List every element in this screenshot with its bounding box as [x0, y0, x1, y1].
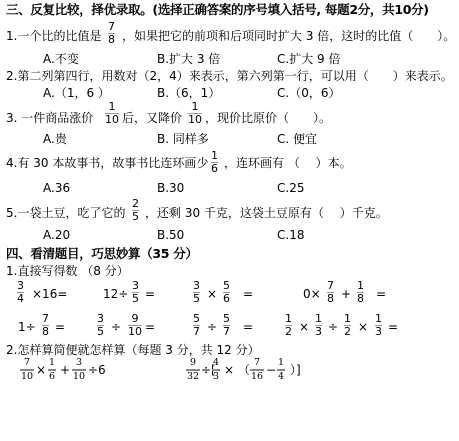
denominator: 4 — [16, 293, 25, 305]
numerator: 1 — [284, 313, 293, 325]
question-3-suffix: ，现价比原价（ ）。 — [205, 111, 331, 125]
expression-tail: ）] — [290, 363, 301, 377]
operator: × — [299, 320, 309, 334]
denominator: 3 — [314, 326, 323, 338]
equals-sign: = — [145, 287, 155, 301]
numerator: 9 — [131, 313, 140, 325]
expression-tail: ÷6 — [88, 363, 106, 377]
operator: ÷ — [111, 320, 121, 334]
question-1-suffix: ，如果把它的前项和后项同时扩大 3 倍，这时的比值（ ）。 — [122, 29, 455, 43]
part-1-title: 1.直接写得数 （8 分） — [6, 264, 129, 278]
denominator: 6 — [210, 163, 219, 175]
fraction: 7 8 — [326, 280, 335, 305]
operator: + — [60, 363, 70, 377]
numerator: 1 — [374, 313, 383, 325]
denominator: 6 — [48, 372, 56, 382]
expression-head: 12÷ — [103, 287, 128, 301]
fraction: 1 3 — [314, 313, 323, 338]
question-4-prefix: 4.有 30 本故事书，故事书比连环画少 — [6, 156, 208, 170]
fraction: 5 7 — [222, 313, 231, 338]
fraction: 5 7 — [192, 313, 201, 338]
question-1-prefix: 1.一个比的比值是 — [6, 29, 101, 43]
operator: × — [36, 363, 46, 377]
fraction: 1 2 — [284, 313, 293, 338]
numerator: 1 — [343, 313, 352, 325]
numerator: 1 — [277, 358, 285, 368]
option-a[interactable]: A.36 — [43, 181, 70, 195]
fraction: 1 10 — [187, 101, 203, 126]
denominator: 8 — [107, 34, 116, 46]
numerator: 4 — [212, 358, 220, 368]
denominator: 10 — [187, 114, 203, 126]
numerator: 7 — [326, 280, 335, 292]
numerator: 7 — [41, 313, 50, 325]
fraction: 7 10 — [20, 358, 34, 382]
denominator: 8 — [326, 293, 335, 305]
question-2-text: 2.第二列第四行，用数对（2，4）来表示，第六列第一行，可以用（ ）来表示。 — [6, 69, 453, 83]
option-c[interactable]: C.（0，6） — [277, 86, 340, 100]
fraction: 3 5 — [96, 313, 105, 338]
operator: + — [341, 287, 351, 301]
operator: × （ — [224, 363, 250, 377]
numerator: 7 — [253, 358, 261, 368]
denominator: 4 — [277, 372, 285, 382]
fraction: 7 8 — [107, 21, 116, 46]
fraction: 1 6 — [210, 150, 219, 175]
fraction: 7 8 — [41, 313, 50, 338]
operator: ÷ — [328, 320, 338, 334]
operator: ÷ — [207, 320, 217, 334]
option-b[interactable]: B.50 — [157, 228, 184, 242]
numerator: 5 — [222, 313, 231, 325]
equals-sign: = — [376, 287, 386, 301]
numerator: 1 — [108, 101, 117, 113]
option-b[interactable]: B.（6，1） — [157, 86, 220, 100]
section-3-title: 三、反复比较，择优录取。(选择正确答案的序号填入括号, 每题2分，共10分) — [6, 3, 429, 17]
part-2-title: 2.怎样算简便就怎样算（每题 3 分，共 12 分） — [6, 343, 260, 357]
question-5-suffix: ，还剩 30 千克，这袋土豆原有（ ）千克。 — [145, 206, 388, 220]
numerator: 3 — [96, 313, 105, 325]
denominator: 8 — [41, 326, 50, 338]
option-c[interactable]: C.25 — [277, 181, 304, 195]
option-a[interactable]: A.贵 — [43, 132, 67, 146]
fraction: 3 5 — [131, 280, 140, 305]
equals-sign: = — [243, 287, 253, 301]
numerator: 1 — [356, 280, 365, 292]
denominator: 6 — [222, 293, 231, 305]
option-a[interactable]: A.（1，6 ） — [43, 86, 110, 100]
fraction: 1 6 — [48, 358, 56, 382]
denominator: 2 — [343, 326, 352, 338]
fraction: 3 10 — [72, 358, 86, 382]
question-3-prefix: 3. 一件商品涨价 — [6, 111, 93, 125]
denominator: 5 — [192, 293, 201, 305]
numerator: 2 — [131, 198, 140, 210]
numerator: 1 — [314, 313, 323, 325]
question-5-prefix: 5.一袋土豆，吃了它的 — [6, 206, 125, 220]
expression-head: 1÷ — [18, 320, 36, 334]
operator: × — [358, 320, 368, 334]
denominator: 10 — [104, 114, 120, 126]
question-3-middle: 后，又降价 — [122, 111, 182, 125]
denominator: 16 — [250, 372, 264, 382]
fraction: 1 10 — [104, 101, 120, 126]
denominator: 7 — [192, 326, 201, 338]
denominator: 10 — [20, 372, 34, 382]
fraction: 2 5 — [131, 198, 140, 223]
denominator: 5 — [96, 326, 105, 338]
equals-sign: = — [55, 320, 65, 334]
fraction: 1 3 — [374, 313, 383, 338]
denominator: 2 — [284, 326, 293, 338]
question-4-suffix: ，连环画有 （ ）本。 — [224, 156, 352, 170]
numerator: 3 — [16, 280, 25, 292]
option-a[interactable]: A.20 — [43, 228, 70, 242]
fraction: 1 2 — [343, 313, 352, 338]
fraction: 9 32 — [186, 358, 200, 382]
expression-tail: ×16= — [32, 287, 67, 301]
operator: − — [266, 363, 276, 377]
fraction: 9 10 — [127, 313, 143, 338]
option-b[interactable]: B. 同样多 — [157, 132, 209, 146]
fraction: 3 4 — [16, 280, 25, 305]
denominator: 5 — [131, 211, 140, 223]
numerator: 7 — [23, 358, 31, 368]
option-c[interactable]: C.18 — [277, 228, 304, 242]
denominator: 3 — [212, 372, 220, 382]
option-c[interactable]: C. 便宜 — [277, 132, 317, 146]
numerator: 9 — [189, 358, 197, 368]
denominator: 32 — [186, 372, 200, 382]
equals-sign: = — [145, 320, 155, 334]
numerator: 1 — [210, 150, 219, 162]
section-4-title: 四、看清题目，巧思妙算（35 分） — [6, 247, 198, 261]
numerator: 7 — [107, 21, 116, 33]
equals-sign: = — [243, 320, 253, 334]
denominator: 10 — [127, 326, 143, 338]
option-a[interactable]: A.不变 — [43, 52, 79, 66]
fraction: 1 4 — [277, 358, 285, 382]
option-b[interactable]: B.扩大 3 倍 — [157, 52, 220, 66]
numerator: 1 — [48, 358, 56, 368]
numerator: 3 — [192, 280, 201, 292]
fraction: 5 6 — [222, 280, 231, 305]
numerator: 1 — [191, 101, 200, 113]
option-c[interactable]: C.扩大 9 倍 — [277, 52, 340, 66]
denominator: 5 — [131, 293, 140, 305]
denominator: 3 — [374, 326, 383, 338]
numerator: 5 — [222, 280, 231, 292]
numerator: 3 — [131, 280, 140, 292]
numerator: 3 — [75, 358, 83, 368]
expression-head: 0× — [303, 287, 321, 301]
equals-sign: = — [388, 320, 398, 334]
denominator: 7 — [222, 326, 231, 338]
fraction: 7 16 — [250, 358, 264, 382]
denominator: 8 — [356, 293, 365, 305]
option-b[interactable]: B.30 — [157, 181, 184, 195]
fraction: 4 3 — [212, 358, 220, 382]
operator: × — [207, 287, 217, 301]
numerator: 5 — [192, 313, 201, 325]
denominator: 10 — [72, 372, 86, 382]
fraction: 3 5 — [192, 280, 201, 305]
fraction: 1 8 — [356, 280, 365, 305]
